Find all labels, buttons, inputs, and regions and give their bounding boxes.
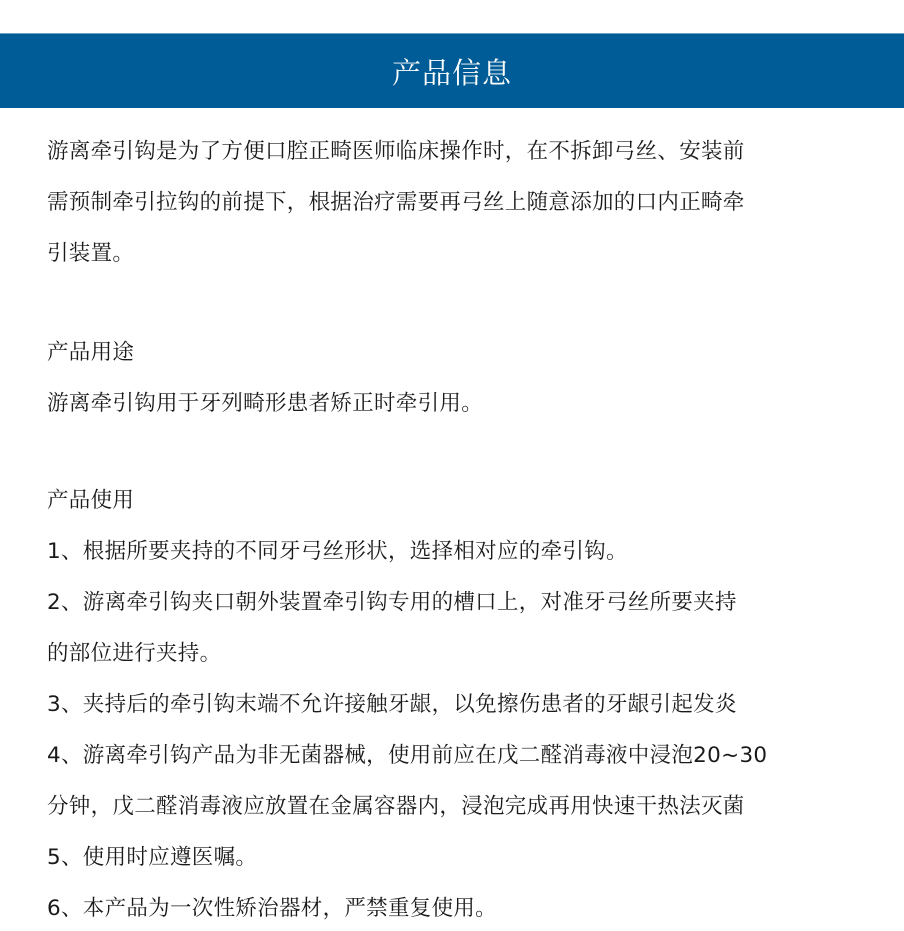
usage-item: 4、游离牵引钩产品为非无菌器械，使用前应在戊二醛消毒液中浸泡20~30 [47,730,867,781]
header-bar: 产品信息 [0,33,904,108]
usage-item: 2、游离牵引钩夹口朝外装置牵引钩专用的槽口上，对准牙弓丝所要夹持 [47,577,867,628]
product-info-content: 游离牵引钩是为了方便口腔正畸医师临床操作时，在不拆卸弓丝、安装前 需预制牵引拉钩… [47,126,867,931]
intro-line: 游离牵引钩是为了方便口腔正畸医师临床操作时，在不拆卸弓丝、安装前 [47,126,867,177]
usage-item: 1、根据所要夹持的不同牙弓丝形状，选择相对应的牵引钩。 [47,526,867,577]
purpose-text: 游离牵引钩用于牙列畸形患者矫正时牵引用。 [47,378,867,429]
intro-line: 引装置。 [47,228,867,279]
usage-item-continued: 分钟，戊二醛消毒液应放置在金属容器内，浸泡完成再用快速干热法灭菌 [47,781,867,832]
section-heading-usage: 产品使用 [47,475,867,526]
intro-line: 需预制牵引拉钩的前提下，根据治疗需要再弓丝上随意添加的口内正畸牵 [47,177,867,228]
spacer [47,429,867,475]
usage-section: 产品使用 1、根据所要夹持的不同牙弓丝形状，选择相对应的牵引钩。 2、游离牵引钩… [47,475,867,931]
usage-item: 6、本产品为一次性矫治器材，严禁重复使用。 [47,883,867,931]
usage-item: 3、夹持后的牵引钩末端不允许接触牙龈，以免擦伤患者的牙龈引起发炎 [47,679,867,730]
usage-item-continued: 的部位进行夹持。 [47,628,867,679]
usage-item: 5、使用时应遵医嘱。 [47,832,867,883]
page-title: 产品信息 [392,51,512,92]
intro-section: 游离牵引钩是为了方便口腔正畸医师临床操作时，在不拆卸弓丝、安装前 需预制牵引拉钩… [47,126,867,279]
purpose-section: 产品用途 游离牵引钩用于牙列畸形患者矫正时牵引用。 [47,327,867,429]
section-heading-purpose: 产品用途 [47,327,867,378]
spacer [47,279,867,327]
